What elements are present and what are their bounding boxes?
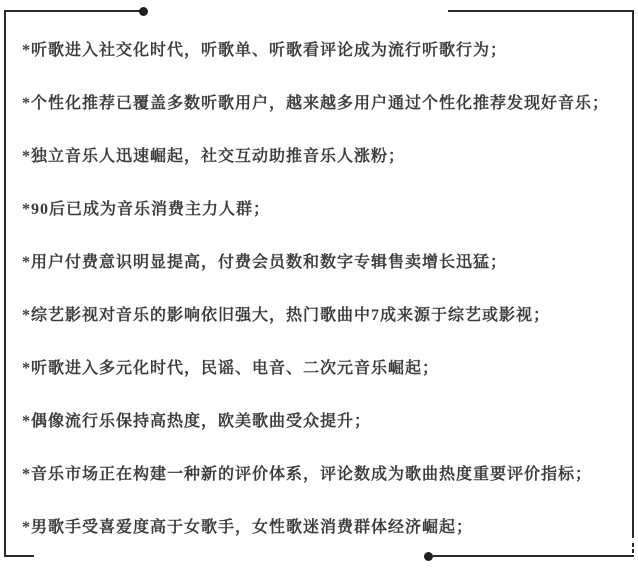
bullet-line: *听歌进入社交化时代，听歌单、听歌看评论成为流行听歌行为； — [22, 42, 620, 95]
frame-left-border — [4, 11, 6, 557]
frame-top-left-segment — [4, 10, 140, 12]
bullet-list: *听歌进入社交化时代，听歌单、听歌看评论成为流行听歌行为； *个性化推荐已覆盖多… — [22, 42, 620, 572]
document-page: *听歌进入社交化时代，听歌单、听歌看评论成为流行听歌行为； *个性化推荐已覆盖多… — [0, 0, 638, 573]
frame-right-border — [632, 11, 634, 538]
bullet-line: *男歌手受喜爱度高于女歌手，女性歌迷消费群体经济崛起； — [22, 519, 620, 572]
bullet-line: *90后已成为音乐消费主力人群； — [22, 201, 620, 254]
bullet-line: *偶像流行乐保持高热度，欧美歌曲受众提升； — [22, 413, 620, 466]
bullet-line: *独立音乐人迅速崛起，社交互动助推音乐人涨粉； — [22, 148, 620, 201]
frame-right-border-dash — [632, 549, 634, 553]
bullet-line: *音乐市场正在构建一种新的评价体系，评论数成为歌曲热度重要评价指标； — [22, 466, 620, 519]
bullet-line: *综艺影视对音乐的影响依旧强大，热门歌曲中7成来源于综艺或影视； — [22, 307, 620, 360]
frame-dot-top-icon — [139, 7, 148, 16]
bullet-line: *个性化推荐已覆盖多数听歌用户，越来越多用户通过个性化推荐发现好音乐； — [22, 95, 620, 148]
bullet-line: *用户付费意识明显提高，付费会员数和数字专辑售卖增长迅猛； — [22, 254, 620, 307]
frame-top-right-segment — [448, 10, 634, 12]
bullet-line: *听歌进入多元化时代，民谣、电音、二次元音乐崛起； — [22, 360, 620, 413]
frame-right-border-dash — [632, 543, 634, 547]
